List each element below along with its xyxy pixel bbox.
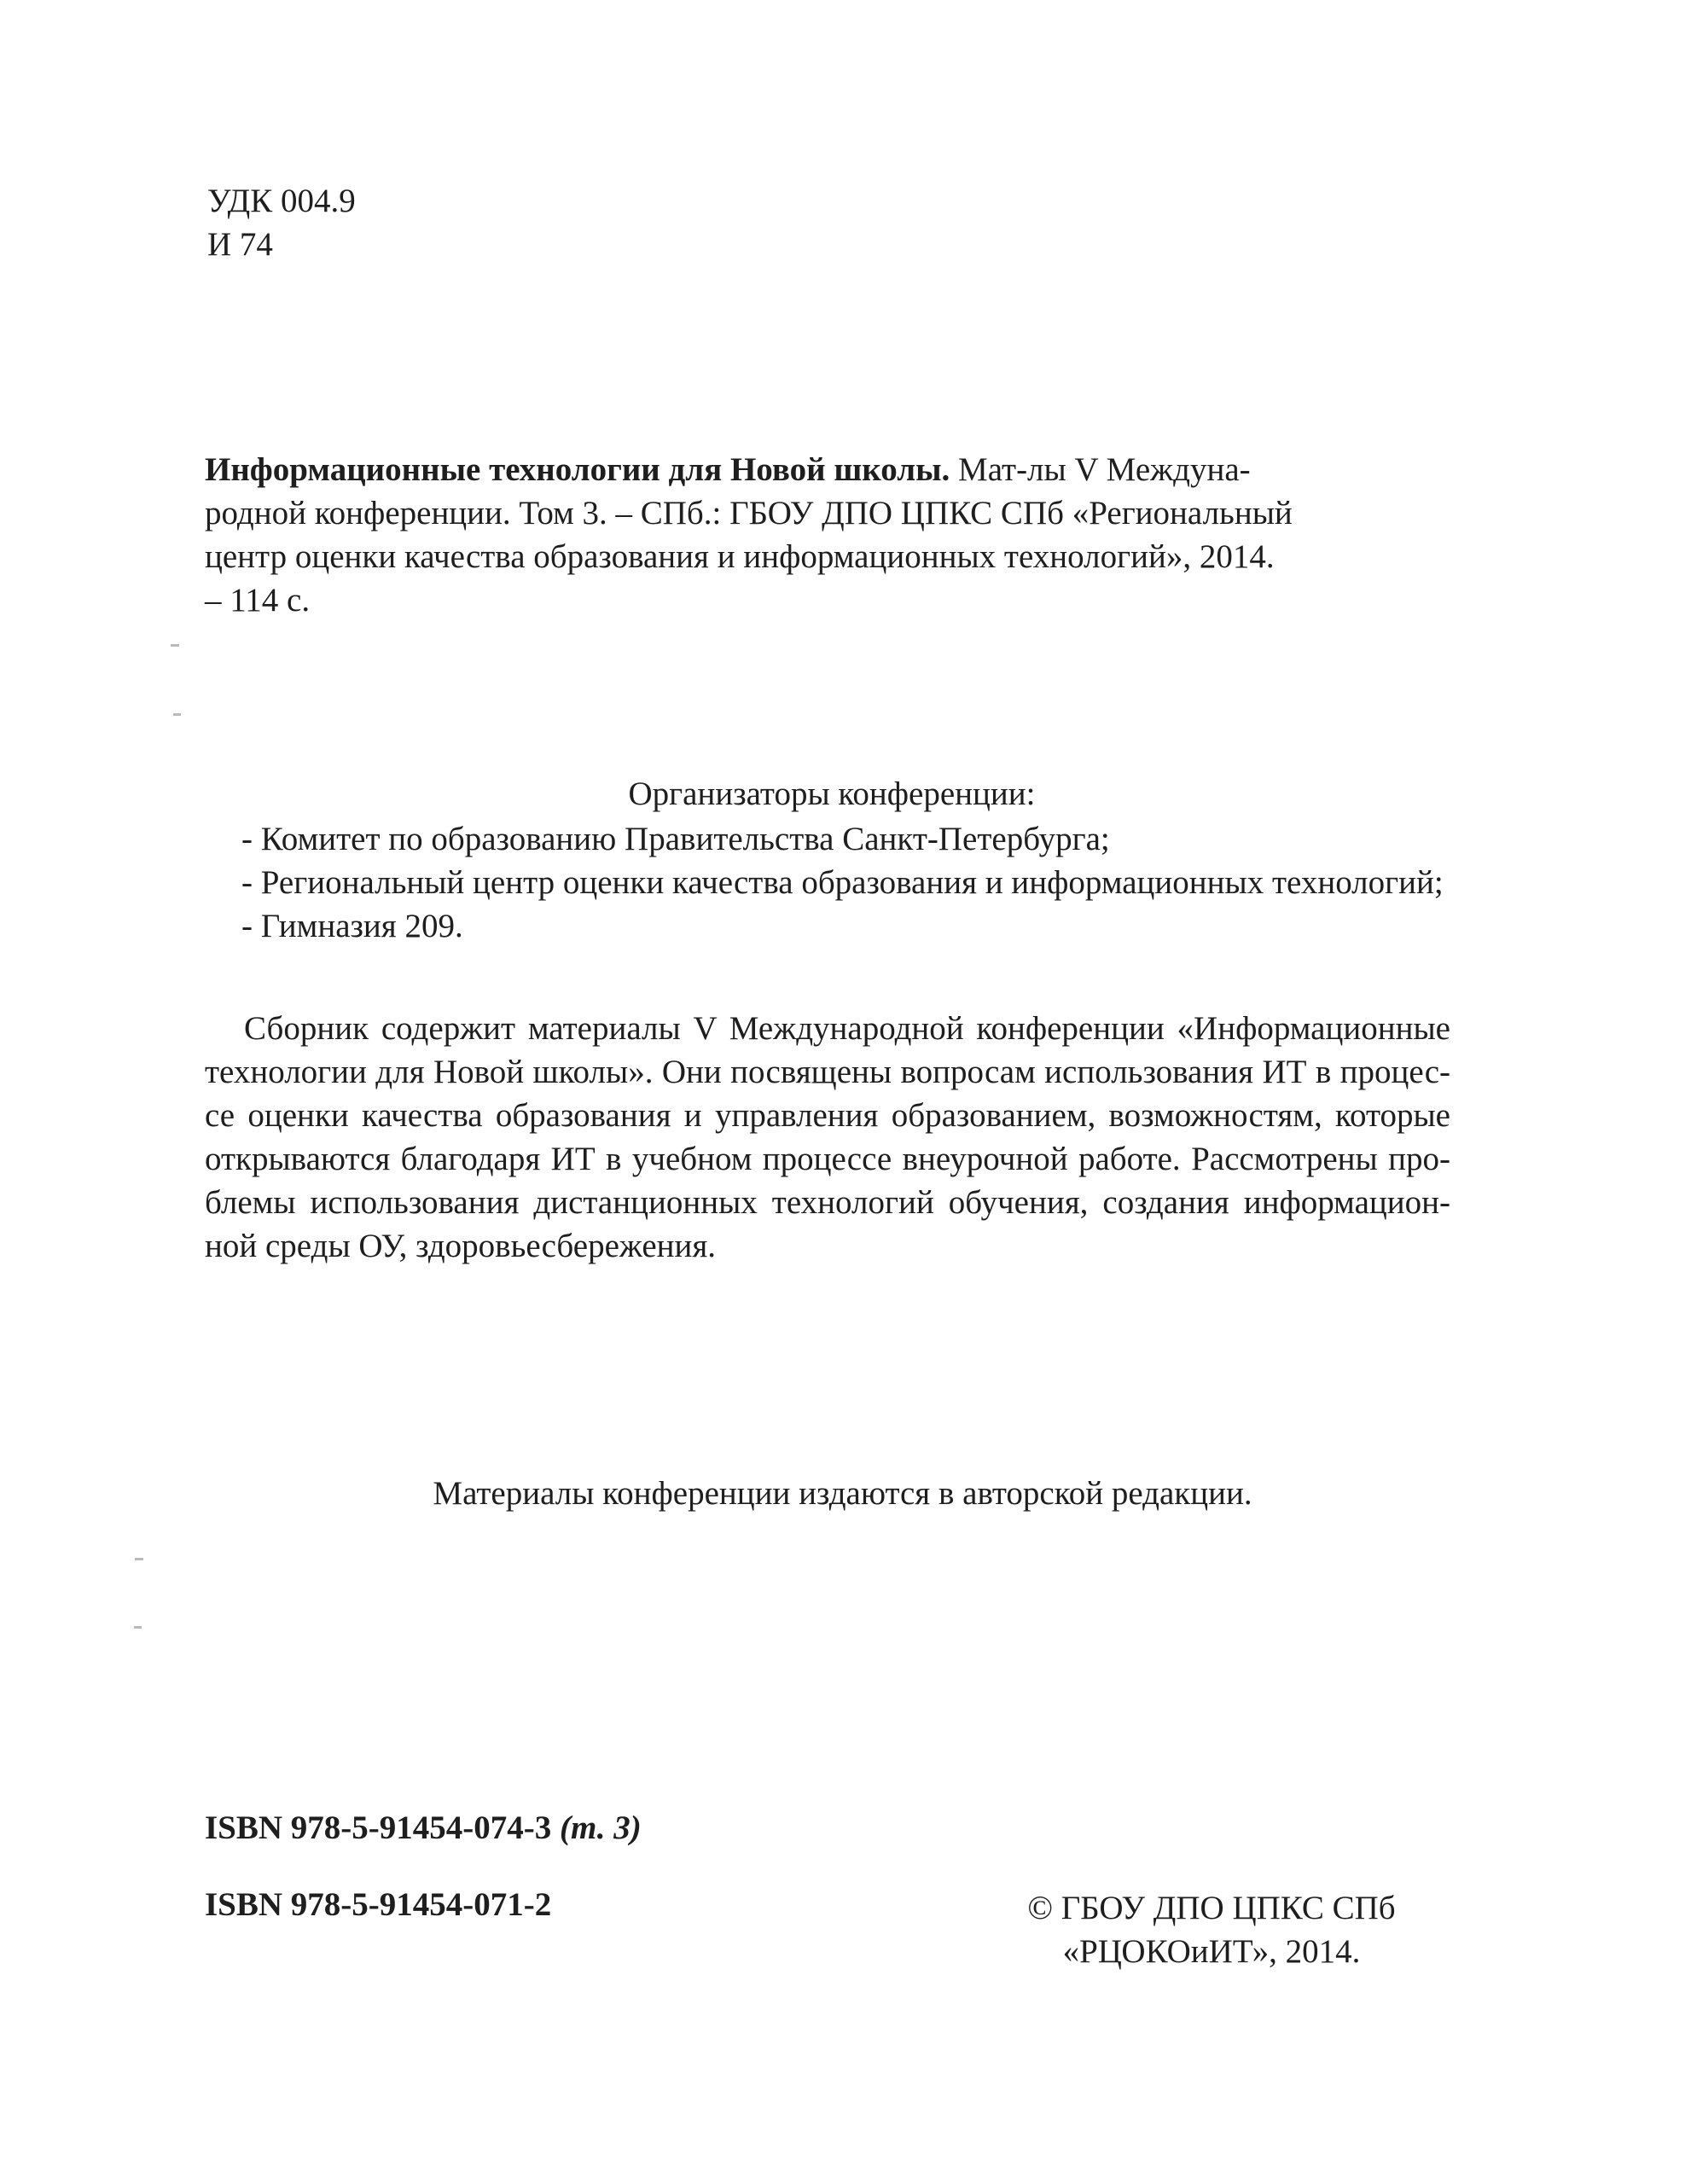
- copyright-line-2: «РЦОКОиИТ», 2014.: [1015, 1930, 1408, 1973]
- abstract-line: технологии для Новой школы». Они посвяще…: [205, 1050, 1450, 1094]
- udc-classification: УДК 004.9 И 74: [207, 179, 356, 266]
- udc-code: УДК 004.9: [207, 179, 356, 223]
- bibliographic-record: Информационные технологии для Новой школ…: [205, 448, 1433, 622]
- volume-label: (т. 3): [560, 1809, 642, 1846]
- abstract-line: ной среды ОУ, здоровьесбережения.: [205, 1224, 1450, 1268]
- scan-artifact: [135, 1558, 143, 1560]
- organizer-item: - Гимназия 209.: [241, 904, 1444, 948]
- organizer-item: - Региональный центр оценки качества обр…: [241, 861, 1444, 904]
- abstract-line: Сборник содержит материалы V Международн…: [205, 1007, 1450, 1050]
- abstract-line: се оценки качества образования и управле…: [205, 1094, 1450, 1137]
- scan-artifact: [171, 644, 179, 647]
- abstract-line: блемы использования дистанционных технол…: [205, 1181, 1450, 1224]
- biblio-line-3: центр оценки качества образования и инфо…: [205, 535, 1433, 578]
- organizer-item: - Комитет по образованию Правительства С…: [241, 817, 1444, 861]
- copyright-line-1: © ГБОУ ДПО ЦПКС СПб: [1015, 1886, 1408, 1930]
- volume-isbn: ISBN 978-5-91454-074-3 (т. 3): [205, 1806, 642, 1850]
- copyright-notice: © ГБОУ ДПО ЦПКС СПб «РЦОКОиИТ», 2014.: [1015, 1886, 1408, 1973]
- abstract-paragraph: Сборник содержит материалы V Международн…: [205, 1007, 1450, 1268]
- biblio-line-1-rest: Мат-лы V Междуна-: [950, 451, 1250, 488]
- biblio-line-1: Информационные технологии для Новой школ…: [205, 448, 1433, 491]
- volume-isbn-number: ISBN 978-5-91454-074-3: [205, 1809, 551, 1846]
- organizers-list: - Комитет по образованию Правительства С…: [241, 817, 1444, 948]
- editorial-note: Материалы конференции издаются в авторск…: [0, 1472, 1685, 1515]
- organizers-heading: Организаторы конференции:: [0, 772, 1664, 816]
- biblio-line-2: родной конференции. Том 3. – СПб.: ГБОУ …: [205, 491, 1433, 535]
- book-title: Информационные технологии для Новой школ…: [205, 451, 950, 488]
- author-mark: И 74: [207, 223, 356, 266]
- scan-artifact: [134, 1626, 142, 1629]
- abstract-line: открываются благодаря ИТ в учебном проце…: [205, 1137, 1450, 1181]
- series-isbn: ISBN 978-5-91454-071-2: [205, 1883, 551, 1926]
- scan-artifact: [173, 713, 181, 716]
- page-count: – 114 с.: [205, 578, 1433, 622]
